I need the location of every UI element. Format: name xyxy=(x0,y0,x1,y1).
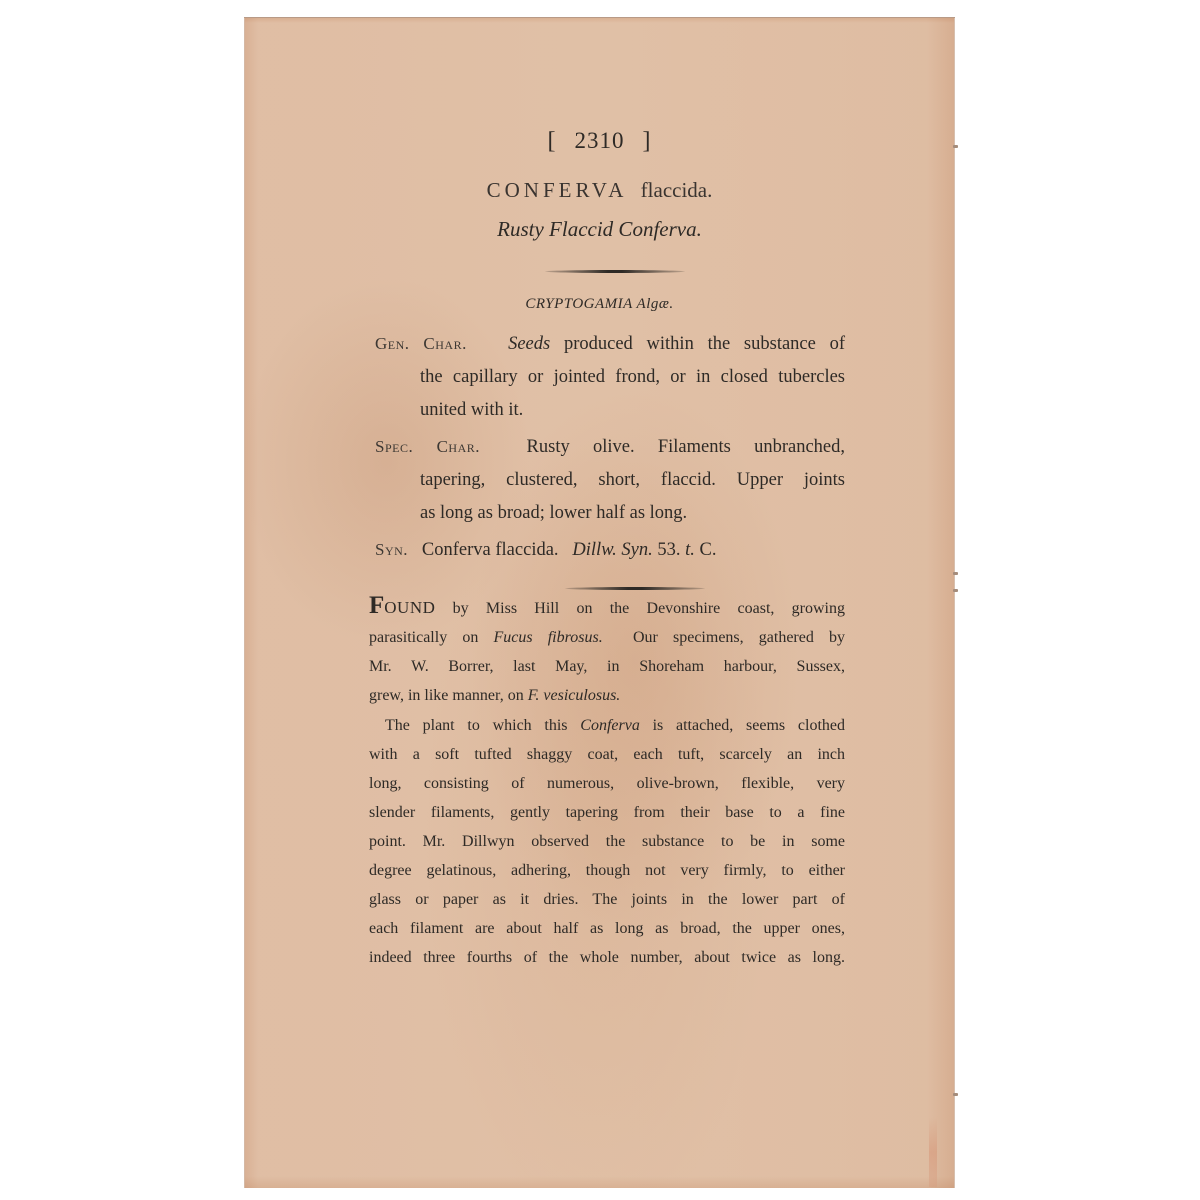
plate-number: [2310] xyxy=(244,128,955,155)
para2-line-7: glass or paper as it dries. The joints i… xyxy=(369,885,845,914)
para2-line-9: indeed three fourths of the whole number… xyxy=(369,943,845,972)
species-title: CONFERVA flaccida. xyxy=(244,178,955,203)
common-name: Rusty Flaccid Conferva. xyxy=(244,217,955,242)
gen-char-line-3: united with it. xyxy=(375,394,845,427)
syn-text: Conferva flaccida. xyxy=(422,540,559,560)
species-name: flaccida. xyxy=(641,178,713,202)
bracket-open: [ xyxy=(548,128,557,154)
plate-number-value: 2310 xyxy=(575,128,625,153)
para1-text: parasitically on xyxy=(369,629,478,646)
spec-char-label: Spec. Char. xyxy=(375,437,480,456)
paragraph-found: FOUND by Miss Hill on the Devonshire coa… xyxy=(369,591,845,710)
para1-text: grew, in like manner, on xyxy=(369,687,524,704)
syn-plate: t. xyxy=(685,540,695,560)
syn-reference-number: 53. xyxy=(657,540,680,560)
syn-plate-letter: C. xyxy=(700,540,717,560)
page-edge-notch xyxy=(953,589,958,592)
page-edge-notch xyxy=(953,1093,958,1096)
genus-ref: Conferva xyxy=(580,717,640,734)
edge-stain xyxy=(929,1117,937,1187)
para2-line-4: slender filaments, gently tapering from … xyxy=(369,798,845,827)
para1-line-1: FOUND by Miss Hill on the Devonshire coa… xyxy=(369,591,845,623)
para1-text: by Miss Hill on the Devonshire coast, gr… xyxy=(453,600,845,617)
syn-reference: Dillw. Syn. xyxy=(572,540,652,560)
para1-line-3: Mr. W. Borrer, last May, in Shoreham har… xyxy=(369,652,845,681)
page-edge-notch xyxy=(953,572,958,575)
spec-char-line-1: Spec. Char. Rusty olive. Filaments unbra… xyxy=(375,430,845,464)
bracket-close: ] xyxy=(643,128,652,154)
genus-name: CONFERVA xyxy=(487,178,628,202)
spec-char-text: Rusty olive. Filaments unbranched, xyxy=(527,437,845,457)
gen-char-line-1: Gen. Char. Seeds produced within the sub… xyxy=(375,327,845,361)
lead-caps: OUND xyxy=(384,598,435,617)
classification: CRYPTOGAMIA Algæ. xyxy=(244,296,955,313)
species-ref: Fucus fibrosus. xyxy=(493,629,602,646)
gen-char-line-2: the capillary or jointed frond, or in cl… xyxy=(375,361,845,394)
ornamental-rule-top xyxy=(545,270,685,273)
syn-line: Syn. Conferva flaccida. Dillw. Syn. 53. … xyxy=(375,533,845,567)
gen-char-lead: Seeds xyxy=(508,334,550,354)
specific-character: Spec. Char. Rusty olive. Filaments unbra… xyxy=(375,430,845,530)
para2-text: is attached, seems clothed xyxy=(653,717,845,734)
para1-line-4: grew, in like manner, on F. vesiculosus. xyxy=(369,681,845,710)
para2-line-5: point. Mr. Dillwyn observed the substanc… xyxy=(369,827,845,856)
para1-text: Our specimens, gathered by xyxy=(633,629,845,646)
para2-line-8: each filament are about half as long as … xyxy=(369,914,845,943)
syn-label: Syn. xyxy=(375,540,408,559)
para1-line-2: parasitically on Fucus fibrosus. Our spe… xyxy=(369,623,845,652)
synonym: Syn. Conferva flaccida. Dillw. Syn. 53. … xyxy=(375,533,845,567)
ornamental-rule-bottom xyxy=(565,587,705,590)
para2-text: The plant to which this xyxy=(385,717,568,734)
spec-char-line-2: tapering, clustered, short, flaccid. Upp… xyxy=(375,464,845,497)
para2-line-1: The plant to which this Conferva is atta… xyxy=(369,711,845,740)
para2-line-3: long, consisting of numerous, olive-brow… xyxy=(369,769,845,798)
para2-line-2: with a soft tufted shaggy coat, each tuf… xyxy=(369,740,845,769)
generic-character: Gen. Char. Seeds produced within the sub… xyxy=(375,327,845,427)
drop-cap: F xyxy=(369,592,384,619)
gen-char-label: Gen. Char. xyxy=(375,334,467,353)
spec-char-line-3: as long as broad; lower half as long. xyxy=(375,497,845,530)
gen-char-text: produced within the substance of xyxy=(564,334,845,354)
species-ref: F. vesiculosus. xyxy=(528,687,621,704)
para2-line-6: degree gelatinous, adhering, though not … xyxy=(369,856,845,885)
paragraph-description: The plant to which this Conferva is atta… xyxy=(369,711,845,972)
